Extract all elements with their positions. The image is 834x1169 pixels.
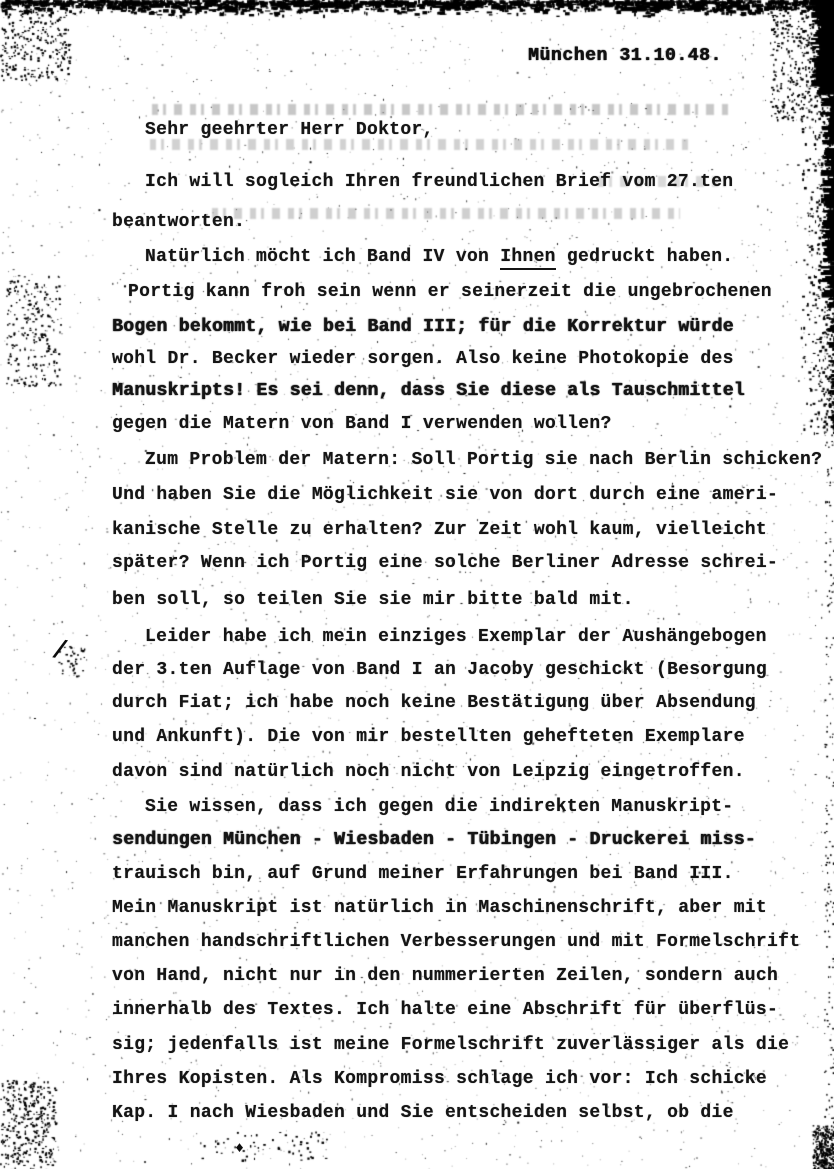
stray-diamond-mark: ♦	[235, 1140, 244, 1157]
letter-line: später? Wenn ich Portig eine solche Berl…	[112, 553, 778, 573]
letter-line: gegen die Matern von Band I verwenden wo…	[112, 414, 612, 434]
letter-line: ben soll, so teilen Sie sie mir bitte ba…	[112, 590, 634, 610]
letter-line: Sehr geehrter Herr Doktor,	[145, 120, 434, 140]
letter-line: sig; jedenfalls ist meine Formelschrift …	[112, 1035, 789, 1055]
letter-line: davon sind natürlich noch nicht von Leip…	[112, 762, 745, 782]
letter-line: Und haben Sie die Möglichkeit sie von do…	[112, 485, 778, 505]
letter-line: kanische Stelle zu erhalten? Zur Zeit wo…	[112, 520, 767, 540]
letter-line: trauisch bin, auf Grund meiner Erfahrung…	[112, 864, 734, 884]
letter-line: Manuskripts! Es sei denn, dass Sie diese…	[112, 381, 745, 401]
letter-line: innerhalb des Textes. Ich halte eine Abs…	[112, 1000, 778, 1020]
letter-line: manchen handschriftlichen Verbesserungen…	[112, 932, 800, 952]
letter-line: Zum Problem der Matern: Soll Portig sie …	[145, 450, 822, 470]
letter-line: wohl Dr. Becker wieder sorgen. Also kein…	[112, 349, 734, 369]
letter-line: Sie wissen, dass ich gegen die indirekte…	[145, 797, 733, 817]
underlined-word: Ihnen	[500, 247, 556, 270]
letter-line: Ihres Kopisten. Als Kompromiss schlage i…	[112, 1069, 767, 1089]
letter-line: Mein Manuskript ist natürlich in Maschin…	[112, 898, 767, 918]
letter-line: Ich will sogleich Ihren freundlichen Bri…	[145, 172, 733, 192]
letter-line: Natürlich möcht ich Band IV von Ihnen ge…	[145, 247, 733, 267]
letter-line: beantworten.	[112, 212, 245, 232]
letter-line: Leider habe ich mein einziges Exemplar d…	[145, 627, 767, 647]
letter-line: Portig kann froh sein wenn er seinerzeit…	[128, 282, 772, 302]
letter-line: durch Fiat; ich habe noch keine Bestätig…	[112, 693, 756, 713]
letter-line: der 3.ten Auflage von Band I an Jacoby g…	[112, 660, 767, 680]
letter-line: sendungen München - Wiesbaden - Tübingen…	[112, 830, 756, 850]
letter-line: Bogen bekommt, wie bei Band III; für die…	[112, 317, 734, 337]
letter-scan-page: München 31.10.48. Sehr geehrter Herr Dok…	[0, 0, 834, 1169]
letter-line: und Ankunft). Die von mir bestellten geh…	[112, 727, 745, 747]
letter-body: Sehr geehrter Herr Doktor,Ich will sogle…	[0, 0, 834, 1169]
letter-line: von Hand, nicht nur in den nummerierten …	[112, 966, 778, 986]
letter-line: Kap. I nach Wiesbaden und Sie entscheide…	[112, 1103, 734, 1123]
